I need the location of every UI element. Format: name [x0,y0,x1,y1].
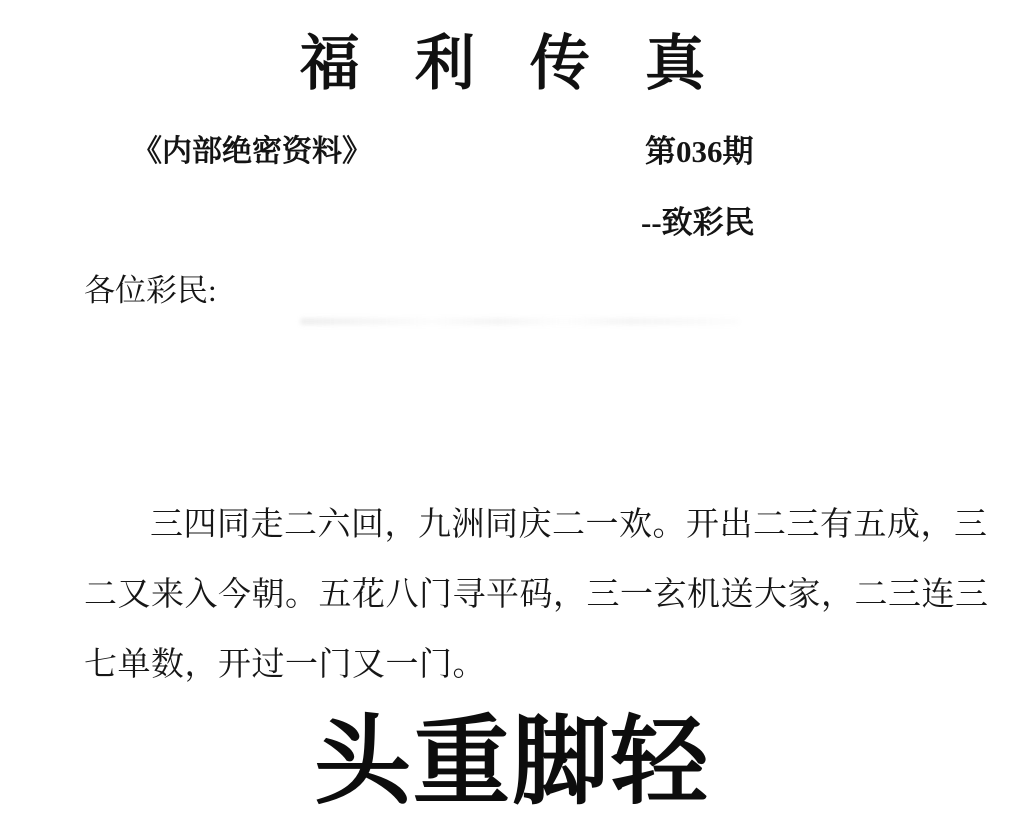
dedication-line: --致彩民 [641,197,755,242]
body-line-1: 三四同走二六回，九洲同庆二一欢。开出二三有五成，三 [84,490,969,560]
fax-document-page: 福 利 传 真 《内部绝密资料》 第036期 --致彩民 各位彩民: 三四同走二… [0,0,1024,837]
body-line-2: 二又来入今朝。五花八门寻平码，三一玄机送大家，二三连三 [84,560,969,630]
issue-number: 第036期 [645,126,754,171]
classification-label: 《内部绝密资料》 [132,126,372,170]
body-paragraph: 三四同走二六回，九洲同庆二一欢。开出二三有五成，三 二又来入今朝。五花八门寻平码… [84,490,969,700]
salutation: 各位彩民: [84,265,217,310]
document-title: 福 利 传 真 [0,16,1024,102]
headline-phrase: 头重脚轻 [0,683,1024,823]
scan-smudge-artifact [300,318,740,325]
